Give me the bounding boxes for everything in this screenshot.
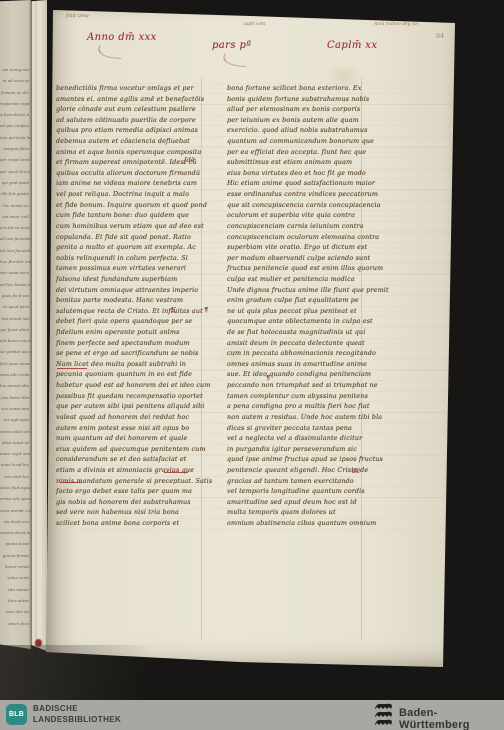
red-ink-mark: dē [352, 467, 360, 475]
manuscript-line: et firmam superest omnipotentē. Idest cū [56, 157, 224, 168]
manuscript-line: benedictiōis firma vocetur omīags et per [56, 83, 224, 94]
manuscript-line: se pene et ergo ad sacrificandum se nobi… [56, 348, 224, 359]
folio-number: 84 [436, 32, 444, 40]
manuscript-line: Unde dignos fructus anime ille fiunt que… [227, 285, 405, 296]
rubric-pars: pars pª [212, 40, 251, 51]
facing-page-text-line: virtus alit spem [0, 493, 31, 504]
manuscript-page: finit pma capli xvm Anni millmo deg xvi … [44, 6, 458, 670]
manuscript-line: num quantum ad dei honorem et quale [56, 433, 224, 444]
manuscript-line: sue. Et ideo quando condigna penitenciam [227, 369, 405, 380]
library-name: BADISCHE LANDESBIBLIOTHEK [33, 704, 121, 725]
facing-page-text-line: est amor vult [0, 211, 31, 222]
manuscript-line: debet fieri quia opera quandoque per se [56, 316, 224, 327]
manuscript-line: concupiscenciam carnis ieiunium contra [227, 221, 405, 232]
manuscript-line: cum fide tantum bone: duo quidem que [56, 210, 224, 221]
facing-page-text-line: iam pericula lap [0, 132, 31, 143]
facing-page-edge: am uonig autut ad scire ipfirmam ue dicr… [0, 0, 31, 649]
manuscript-line: que per autem sibi ipsi penitens aliquid… [56, 401, 224, 412]
annotation-top-center: capli xvm [243, 22, 265, 27]
facing-page-text-line: ad pos confisa [0, 120, 31, 131]
red-ink-mark [164, 472, 188, 473]
library-name-line1: BADISCHE [33, 704, 121, 715]
red-ink-mark [60, 482, 82, 483]
facing-page-text-line: fert opus omne [0, 358, 31, 369]
manuscript-line: eius quidem ad quecumque penitentem cum [56, 444, 224, 455]
manuscript-line: salutemque recta de Cristo. Et influitas… [56, 306, 224, 317]
manuscript-line: dicas si graviter peccata tantas pena [227, 423, 405, 434]
column-ruling-right [361, 78, 362, 640]
facing-page-text-line: res agit apta [0, 414, 31, 425]
facing-page-text-line: pro tot ut sciat [0, 222, 31, 233]
facing-page-text-line: am uonig aut [0, 64, 31, 75]
manuscript-line: amantes ei. anime agilis amē et benefact… [56, 94, 224, 105]
facing-page-text-line: spes alit corda [0, 369, 31, 380]
facing-page-text-line: pax datur illis [0, 392, 31, 403]
facing-page-text-line: cura premit cor [0, 505, 31, 516]
facing-page-text-line: onus levat hic [0, 459, 31, 470]
red-ink-mark: ¶ [266, 374, 270, 382]
facing-page-text-line: qui grat pond [0, 177, 31, 188]
leaf-fore-edge [31, 0, 47, 651]
manuscript-line: debemus autem et cōsciencia defluebat [56, 136, 224, 147]
facing-page-text-line: amor regit nos [0, 448, 31, 459]
manuscript-line: valeat quod ad honorem dei reddat hoc [56, 412, 224, 423]
manuscript-line: nimis mandatum generale si preceptuat. S… [56, 476, 224, 487]
manuscript-line: exercicio. quod aliud nobis substrahamus [227, 125, 405, 136]
manuscript-line: pecunia quoniam quantum in eo est fide [56, 369, 224, 380]
manuscript-line: autem enim potest esse nisi sit opus bo [56, 423, 224, 434]
manuscript-line: bonitas parte modesta. Hanc vestram [56, 295, 224, 306]
facing-page-text-line: dat bona cuncta [0, 335, 31, 346]
manuscript-line: quibus occulis aliorum doctorum firmandū [56, 168, 224, 179]
facing-page-text-line: pietas iuvat [0, 538, 31, 549]
manuscript-line: tamen possimus eum virtutes venerari [56, 263, 224, 274]
manuscript-line: et fide bonum. Inquire quorum et quod po… [56, 200, 224, 211]
manuscript-line: submittimus est etiam animam quam [227, 157, 405, 168]
manuscript-line: quantum ad communicandum bonorum que [227, 136, 405, 147]
red-ink-mark: ¶ [204, 306, 208, 314]
library-name-line2: LANDESBIBLIOTHEK [33, 715, 121, 726]
facing-page-text-line: dona fluit aqua [0, 482, 31, 493]
facing-page-text-line: lux manet alta [0, 380, 31, 391]
manuscript-line: omnium abstinencia cibos quantum omnium [227, 518, 405, 529]
manuscript-line: Hic etiam anime quod satisfactionum maio… [227, 178, 405, 189]
manuscript-line: genita a multo et quorum sit exempla. Ac [56, 242, 224, 253]
digitized-manuscript-photo: am uonig autut ad scire ipfirmam ue dicr… [0, 0, 504, 730]
red-ink-mark [57, 368, 87, 369]
manuscript-line: amisit deum in peccata delectante queat [227, 338, 405, 349]
manuscript-line: vel temporis longitudine quantum cordis [227, 486, 405, 497]
book-shadow [0, 645, 210, 700]
manuscript-line: amaritudine sed apud deum hoc est id [227, 497, 405, 508]
manuscript-line: anima et aque bonis operumque composita [56, 147, 224, 158]
facing-page-text-line: via ducit eos [0, 516, 31, 527]
manuscript-line: nobis relinquendi in colum perfecta. Si [56, 253, 224, 264]
annotation-top-left: finit pma [66, 13, 89, 19]
state-name: Baden-Württemberg [399, 707, 504, 730]
facing-page-text-line: ara nitet lux [0, 471, 31, 482]
manuscript-line: ad salutem cōtinuado puerilia de corpore [56, 115, 224, 126]
manuscript-line: falsona idest fundandum superbiam [56, 274, 224, 285]
manuscript-line: quocumque ante oblectamenta in culpa est [227, 316, 405, 327]
facing-page-text-line: honor ornat [0, 561, 31, 572]
rubric-anno-domini: Anno dm̄ xxx [87, 32, 157, 43]
manuscript-line: vel post reliqua. Doctrina inquit a malo [56, 189, 224, 200]
manuscript-line: passibus fit quedam recompensatio oporte… [56, 391, 224, 402]
facing-page-text-line: et quod para [0, 301, 31, 312]
red-ink-mark: E [171, 306, 176, 314]
manuscript-line: aliud per elemosinam ex bonis corporis [227, 104, 405, 115]
facing-page-text-line: iter iusta voce [0, 267, 31, 278]
manuscript-line: glorie cōnade aut eum celestium psallere [56, 104, 224, 115]
facing-page-text-line: vox sonat ima [0, 403, 31, 414]
facing-page-text-line: qui fovet alma [0, 324, 31, 335]
manuscript-line: que sit concupiscencia carnis concupisce… [227, 200, 405, 211]
facing-page-text-line: finis adest [0, 595, 31, 606]
facing-page-text-line: hos tenuit sat [0, 313, 31, 324]
manuscript-line: ne ut quis plus peccat plus peniteat et [227, 306, 405, 317]
text-column-right: bona fortune scilicet bona exteriora. Ex… [227, 83, 405, 529]
annotation-top-right: Anni millmo deg xvi [374, 22, 418, 27]
facing-page-text-line: insigna fides [0, 143, 31, 154]
facing-page-text-line: mens videt acta [0, 426, 31, 437]
facing-page-text-line: ad hos beata iam [0, 279, 31, 290]
blb-logo: BLB [6, 704, 27, 725]
facing-page-text-line: norma docet te [0, 527, 31, 538]
manuscript-line: per modum observandi culpe sciendo sunt [227, 253, 405, 264]
baden-wuerttemberg-arms-icon [373, 703, 394, 727]
manuscript-line: sed vere non habemus nisi tria bona [56, 507, 224, 518]
facing-page-text-line: ille fuit gratia [0, 188, 31, 199]
manuscript-line: etiam a divinis et simoniacis gravius qu… [56, 465, 224, 476]
manuscript-line: habetur quod est ad honorem dei et ideo … [56, 380, 224, 391]
facing-page-text-line: fides tenet se [0, 437, 31, 448]
facing-page-text: am uonig autut ad scire ipfirmam ue dicr… [0, 0, 31, 629]
blb-logo-text: BLB [9, 711, 24, 718]
manuscript-line: copulanda. Et fide sit quod ponat. Ratio [56, 232, 224, 243]
manuscript-line: cum in peccata abhominacionis recogitand… [227, 348, 405, 359]
facing-page-text-line: per quod brevi [0, 166, 31, 177]
manuscript-line: omnes animas suas in amaritudine anime [227, 359, 405, 370]
red-ink-mark: Jdē [184, 156, 195, 164]
facing-page-text-line: salus venit [0, 572, 31, 583]
manuscript-line: facto ergo debet esse talis per quam ma [56, 486, 224, 497]
facing-page-text-line: hic donat sic [0, 200, 31, 211]
manuscript-line: de se fiat holocausta magnitudinis ut qu… [227, 327, 405, 338]
facing-page-text-line: gracia firmat [0, 550, 31, 561]
ruling-lines [48, 83, 452, 535]
manuscript-line: culpa est mulier et penitencia modica [227, 274, 405, 285]
manuscript-line: eius bona virtutes deo et hoc fit ge mod… [227, 168, 405, 179]
manuscript-line: in purgandis igitur perseverandum sic [227, 444, 405, 455]
manuscript-line: quibus pro etiam remedia adipisci animas [56, 125, 224, 136]
manuscript-line: per ieiunium ex bonis autem alie quam [227, 115, 405, 126]
manuscript-line: bona fortune scilicet bona exteriora. Ex [227, 83, 405, 94]
column-ruling-left [201, 78, 202, 640]
manuscript-line: esse ordinandus contra vindices peccator… [227, 189, 405, 200]
manuscript-line: fructus penitencie quod est enim illos q… [227, 263, 405, 274]
facing-page-text-line: ad uos fecunda [0, 233, 31, 244]
manuscript-line: bonis quidem fortune substrahamus nobis [227, 94, 405, 105]
manuscript-line: quod ipse anime fructus apud se ipsos fr… [227, 454, 405, 465]
facing-page-text-line: a benedictio ii [0, 109, 31, 120]
manuscript-line: a pena condigna pro a multis fieri hoc f… [227, 401, 405, 412]
manuscript-line: peccando non triumphat sed si triumphat … [227, 380, 405, 391]
facing-page-text-line: regiorum regit [0, 98, 31, 109]
facing-page-text-line: sic probat usum [0, 346, 31, 357]
facing-page-text-line: amen dico [0, 618, 31, 629]
manuscript-line: vel a neglecta vel a dissimulante dicitu… [227, 433, 405, 444]
manuscript-line: enim gradum culpe fiat equalitatem pe [227, 295, 405, 306]
facing-page-text-line: laus deo sit [0, 606, 31, 617]
manuscript-line: concupiscenciam oculorum elemosina contr… [227, 232, 405, 243]
rubric-capitulum: Caplm̄ xx [327, 40, 377, 51]
facing-page-text-line: firmam ue dic [0, 87, 31, 98]
manuscript-line: gis nobis ad honorem dei substrahamus [56, 497, 224, 508]
manuscript-line: dei virtutum omniaque attraentes imperio [56, 285, 224, 296]
facing-page-text-line: quos fecit pia [0, 290, 31, 301]
facing-page-text-line: ut ad scire ip [0, 75, 31, 86]
manuscript-line: gracias ad tantum tamen exercitando [227, 476, 405, 487]
manuscript-line: oculorum et superbia vite quia contra [227, 210, 405, 221]
manuscript-line: per ea efficiat deo accepta. fiunt hec q… [227, 147, 405, 158]
text-column-left: benedictiōis firma vocetur omīags et per… [56, 83, 224, 529]
manuscript-line: considerandum se et deo satisfaciat et [56, 454, 224, 465]
manuscript-line: scilicet bona anime bona corporis et [56, 518, 224, 529]
manuscript-line: superbiam vite oratio. Ergo ut dictum es… [227, 242, 405, 253]
manuscript-line: Nam licet deo multa possit subtrahi in [56, 359, 224, 370]
library-footer: BLB BADISCHE LANDESBIBLIOTHEK Baden-Würt… [0, 700, 504, 730]
facing-page-text-line: hec firmiter sole [0, 256, 31, 267]
manuscript-line: non autem a residua. Unde hoc autem tibi… [227, 412, 405, 423]
manuscript-line: penitencie queant eligendi. Hoc Cristo d… [227, 465, 405, 476]
facing-page-text-line: vita manet [0, 584, 31, 595]
facing-page-text-line: per regat brevi [0, 154, 31, 165]
manuscript-line: tamen complentur cum abyssina penitens [227, 391, 405, 402]
manuscript-line: iam anime ne videas maiore tenebris cam [56, 178, 224, 189]
manuscript-line: cum hominibus verum etiam que ad deo est [56, 221, 224, 232]
manuscript-line: finem perfecte sed spectandum modum [56, 338, 224, 349]
manuscript-line: multa temporis quam dolores ut [227, 507, 405, 518]
facing-page-text-line: ait non facunda [0, 245, 31, 256]
manuscript-line: fidelium enim operante potuit anlms [56, 327, 224, 338]
